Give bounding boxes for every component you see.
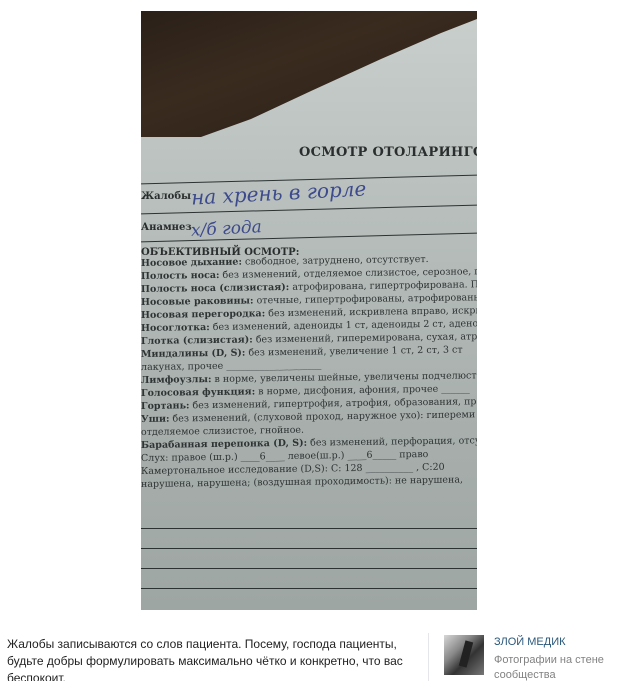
post-photo[interactable]: ОСМОТР ОТОЛАРИНГОЛ Жалобы на хрень в гор… bbox=[141, 11, 477, 610]
post-caption: Жалобы записываются со слов пациента. По… bbox=[7, 636, 407, 681]
community-avatar[interactable] bbox=[444, 635, 484, 675]
form-title: ОСМОТР ОТОЛАРИНГОЛ bbox=[299, 145, 477, 160]
album-info[interactable]: ЗЛОЙ МЕДИК Фотографии на стене сообществ… bbox=[444, 635, 614, 681]
caption-overflow: · bbox=[20, 676, 220, 681]
community-name-link[interactable]: ЗЛОЙ МЕДИК bbox=[494, 636, 566, 648]
column-divider bbox=[428, 633, 429, 681]
album-link[interactable]: Фотографии на стене сообщества bbox=[494, 653, 614, 681]
anamnesis-label: Анамнез bbox=[141, 222, 192, 233]
complaints-label: Жалобы bbox=[141, 191, 191, 202]
anamnesis-handwritten: х/б года bbox=[191, 217, 263, 241]
